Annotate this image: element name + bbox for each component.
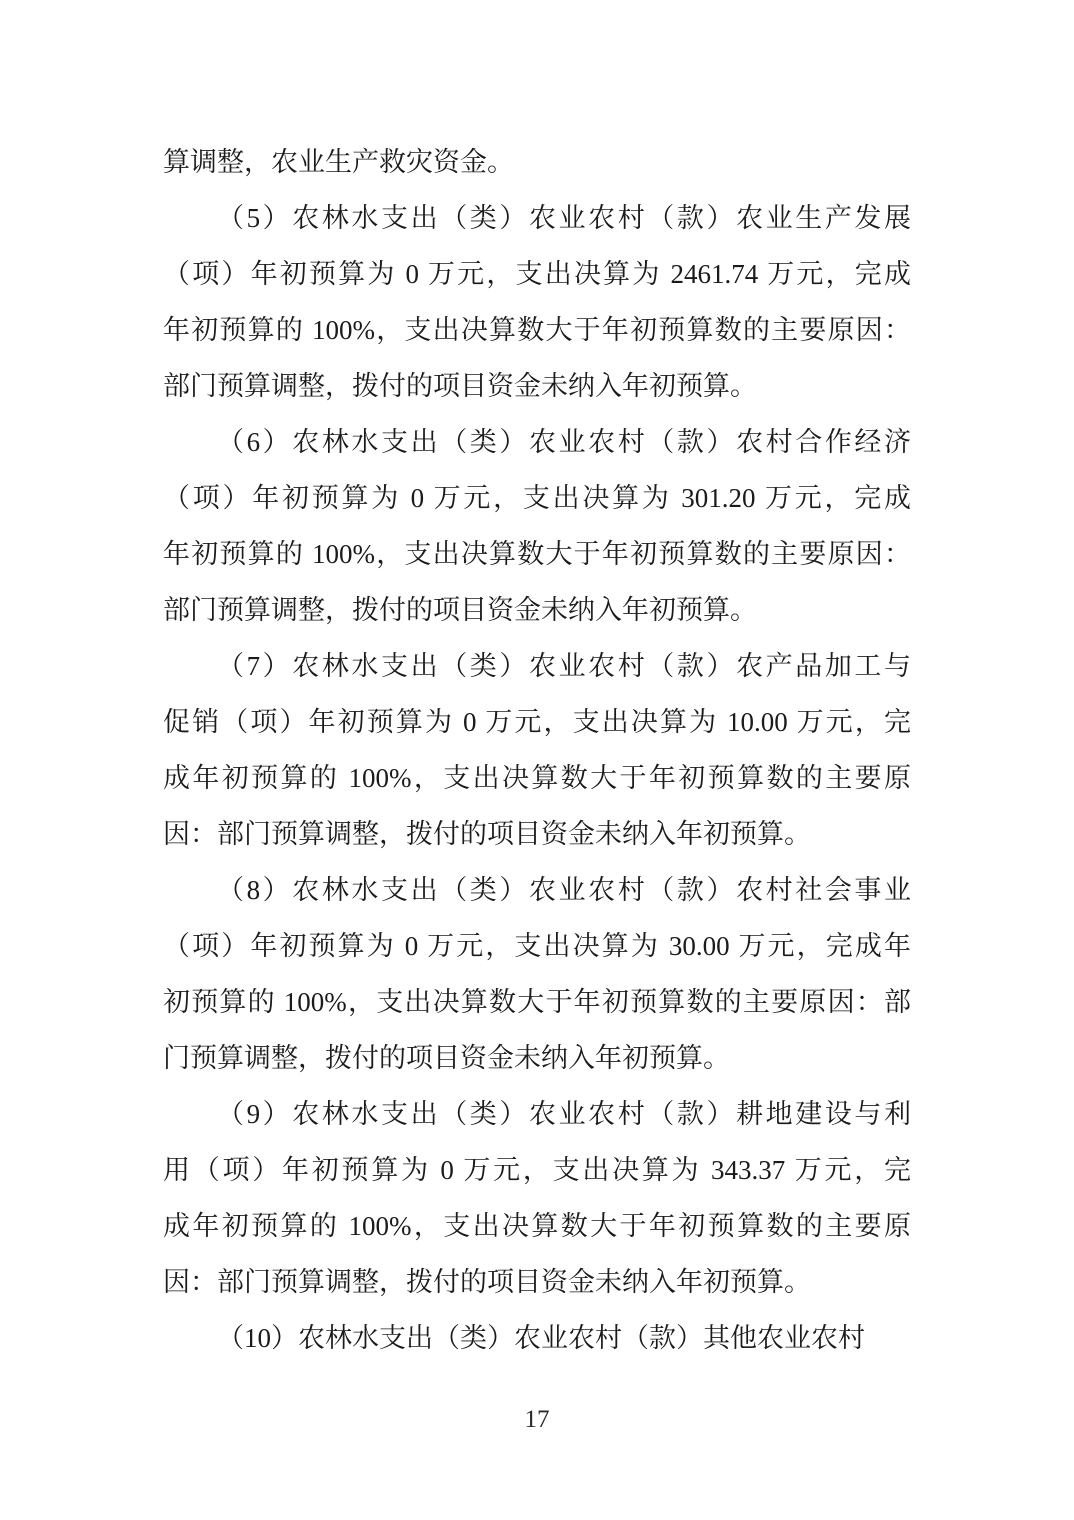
paragraph: （6）农林水支出（类）农业农村（款）农村合作经济 （项）年初预算为 0 万元，支… xyxy=(163,414,911,638)
text-line: 部门预算调整，拨付的项目资金未纳入年初预算。 xyxy=(163,582,911,638)
text-line: （5）农林水支出（类）农业农村（款）农业生产发展 xyxy=(163,190,911,246)
text-line: 因：部门预算调整，拨付的项目资金未纳入年初预算。 xyxy=(163,1254,911,1310)
text-line: 用（项）年初预算为 0 万元，支出决算为 343.37 万元，完 xyxy=(163,1142,911,1198)
text-line: 门预算调整，拨付的项目资金未纳入年初预算。 xyxy=(163,1030,911,1086)
text-line: 因：部门预算调整，拨付的项目资金未纳入年初预算。 xyxy=(163,806,911,862)
text-line: 年初预算的 100%，支出决算数大于年初预算数的主要原因： xyxy=(163,526,911,582)
page-number: 17 xyxy=(0,1406,1074,1434)
text-line: （10）农林水支出（类）农业农村（款）其他农业农村 xyxy=(163,1310,911,1366)
text-line: 初预算的 100%，支出决算数大于年初预算数的主要原因：部 xyxy=(163,974,911,1030)
text-line: 算调整，农业生产救灾资金。 xyxy=(163,134,911,190)
text-line: （9）农林水支出（类）农业农村（款）耕地建设与利 xyxy=(163,1086,911,1142)
document-body: 算调整，农业生产救灾资金。 （5）农林水支出（类）农业农村（款）农业生产发展 （… xyxy=(163,134,911,1366)
text-line: 成年初预算的 100%，支出决算数大于年初预算数的主要原 xyxy=(163,1198,911,1254)
paragraph: （9）农林水支出（类）农业农村（款）耕地建设与利 用（项）年初预算为 0 万元，… xyxy=(163,1086,911,1310)
paragraph: （10）农林水支出（类）农业农村（款）其他农业农村 xyxy=(163,1310,911,1366)
text-line: 部门预算调整，拨付的项目资金未纳入年初预算。 xyxy=(163,358,911,414)
paragraph: （8）农林水支出（类）农业农村（款）农村社会事业 （项）年初预算为 0 万元，支… xyxy=(163,862,911,1086)
text-line: 年初预算的 100%，支出决算数大于年初预算数的主要原因： xyxy=(163,302,911,358)
text-line: （7）农林水支出（类）农业农村（款）农产品加工与 xyxy=(163,638,911,694)
text-line: （项）年初预算为 0 万元，支出决算为 301.20 万元，完成 xyxy=(163,470,911,526)
text-line: （项）年初预算为 0 万元，支出决算为 2461.74 万元，完成 xyxy=(163,246,911,302)
paragraph: （7）农林水支出（类）农业农村（款）农产品加工与 促销（项）年初预算为 0 万元… xyxy=(163,638,911,862)
text-line: （8）农林水支出（类）农业农村（款）农村社会事业 xyxy=(163,862,911,918)
paragraph: 算调整，农业生产救灾资金。 xyxy=(163,134,911,190)
text-line: 促销（项）年初预算为 0 万元，支出决算为 10.00 万元，完 xyxy=(163,694,911,750)
text-line: 成年初预算的 100%，支出决算数大于年初预算数的主要原 xyxy=(163,750,911,806)
document-page: 算调整，农业生产救灾资金。 （5）农林水支出（类）农业农村（款）农业生产发展 （… xyxy=(0,0,1074,1520)
text-line: （项）年初预算为 0 万元，支出决算为 30.00 万元，完成年 xyxy=(163,918,911,974)
text-line: （6）农林水支出（类）农业农村（款）农村合作经济 xyxy=(163,414,911,470)
paragraph: （5）农林水支出（类）农业农村（款）农业生产发展 （项）年初预算为 0 万元，支… xyxy=(163,190,911,414)
